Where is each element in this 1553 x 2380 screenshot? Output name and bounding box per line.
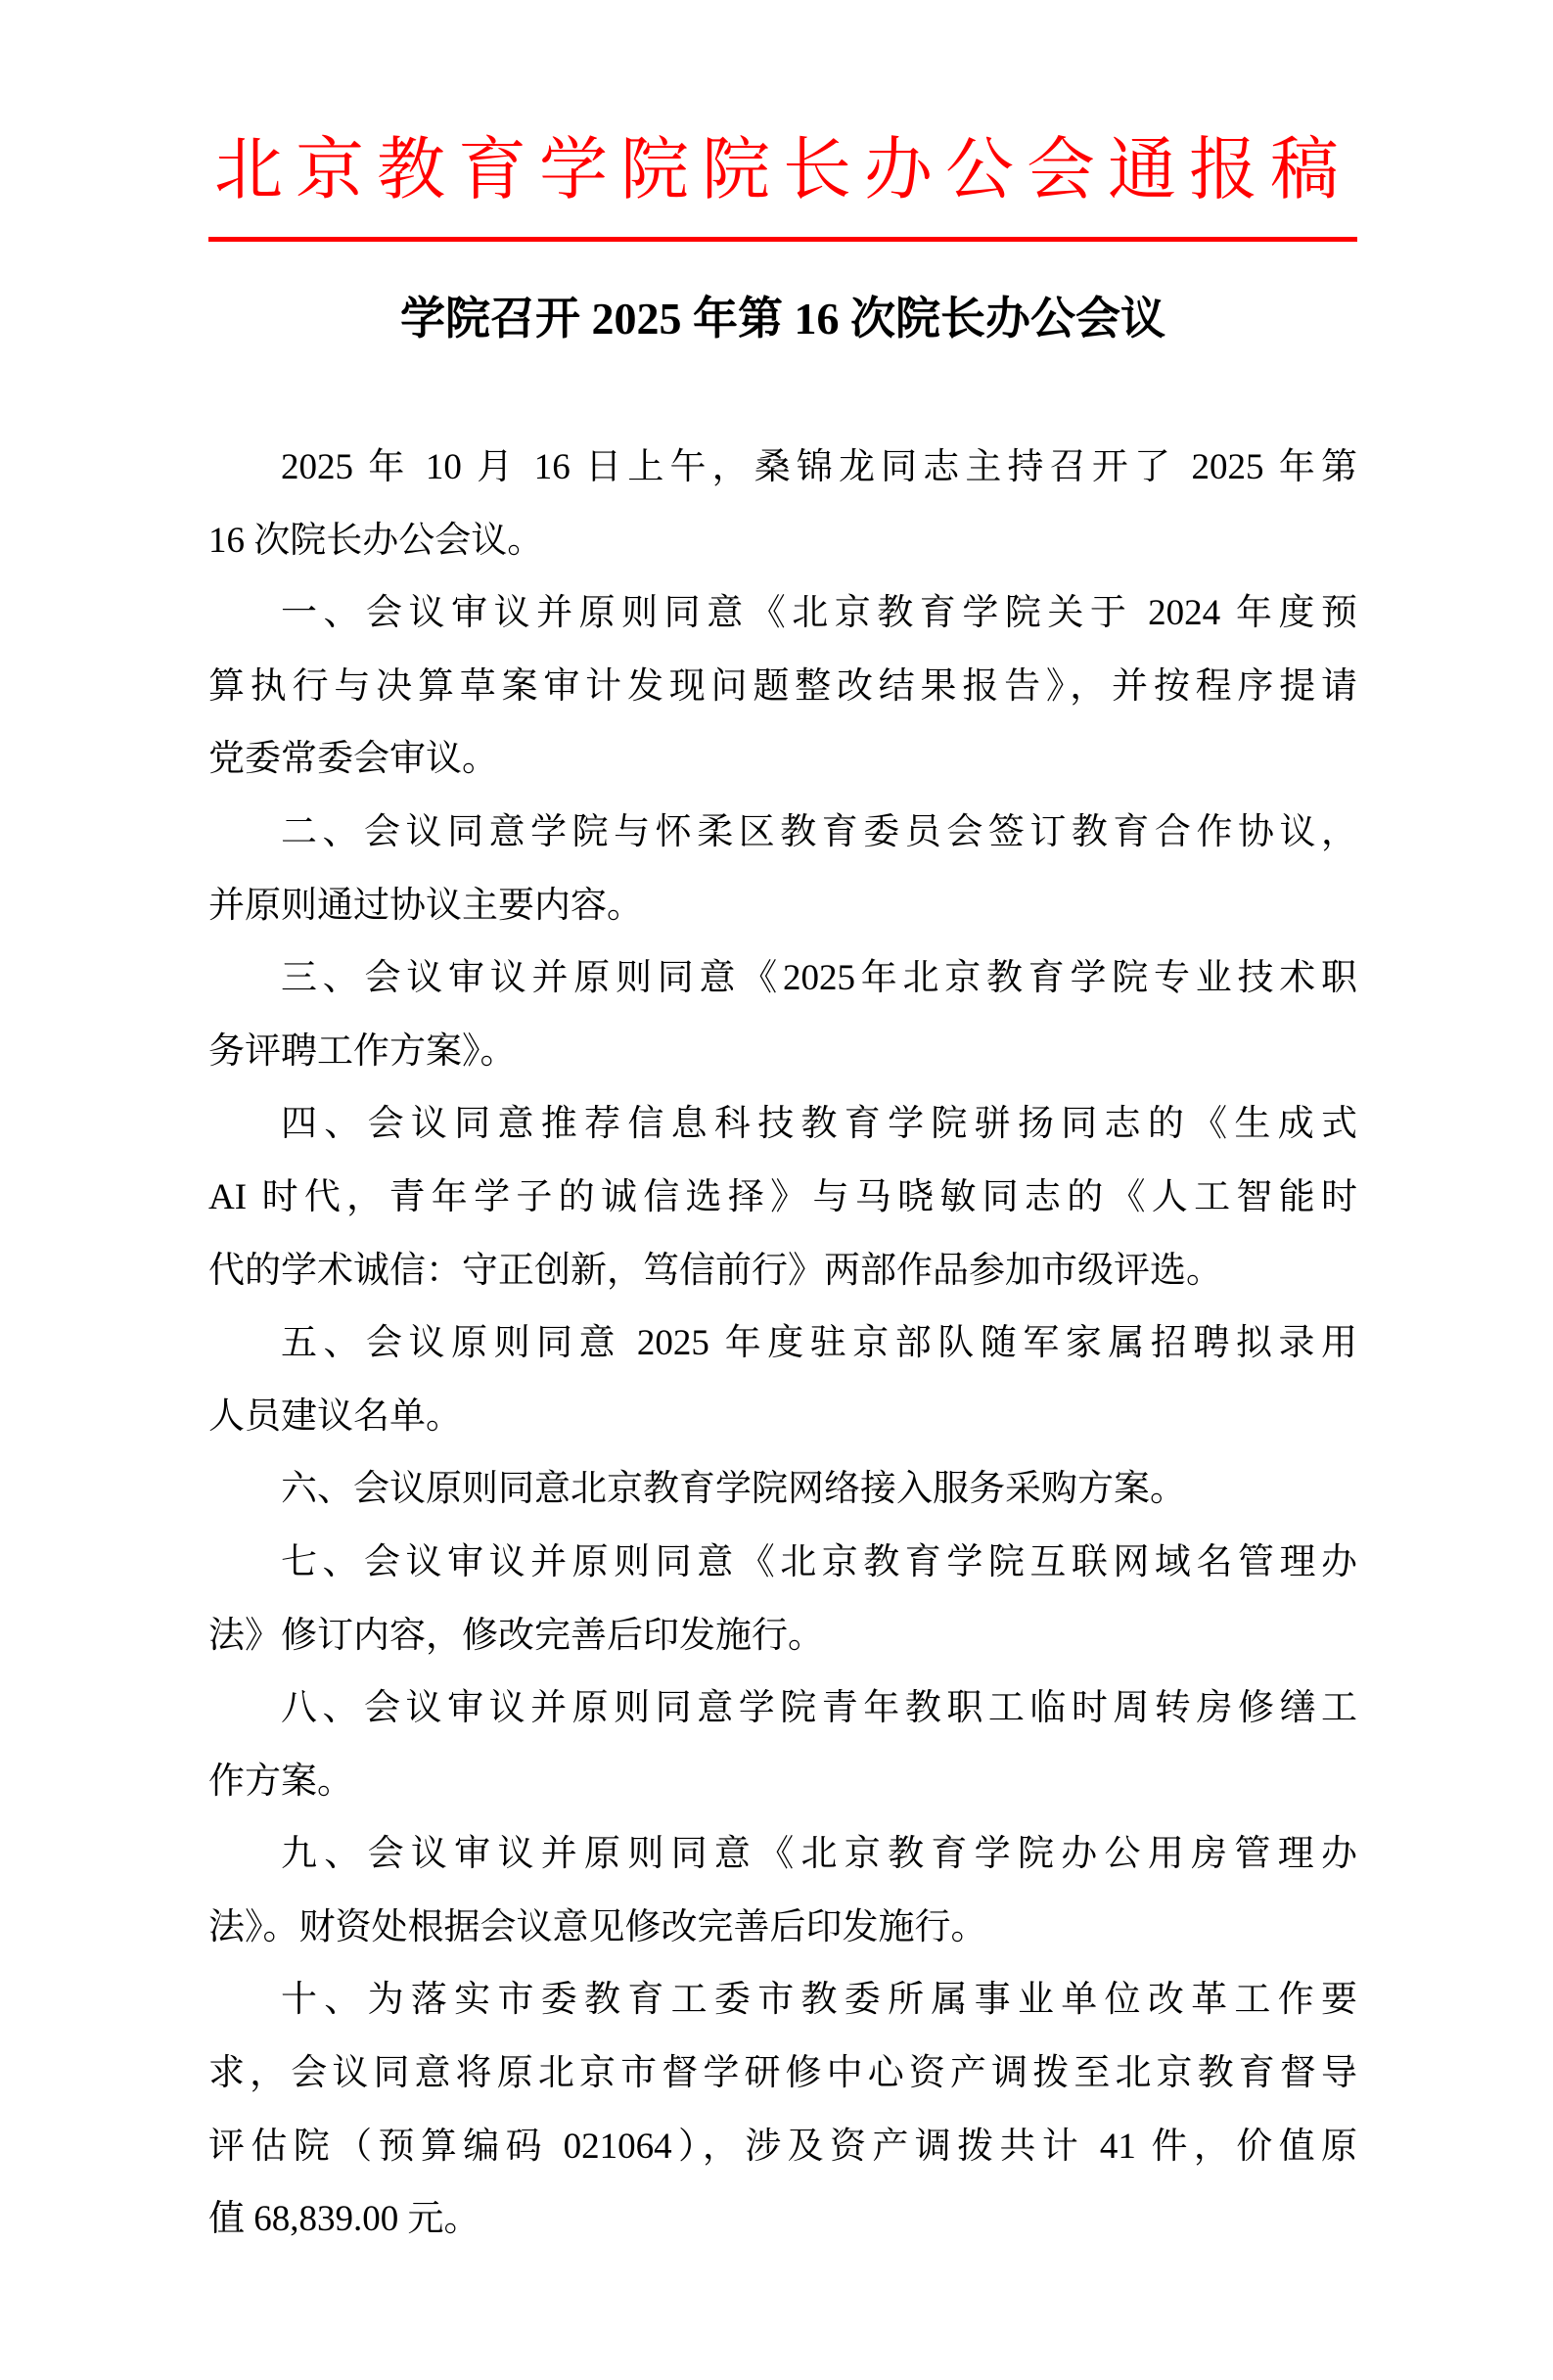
- body-text-line: 代的学术诚信：守正创新，笃信前行》两部作品参加市级评选。: [208, 1246, 1357, 1319]
- body-text-line: 2025 年 10 月 16 日上午，桑锦龙同志主持召开了 2025 年第: [208, 442, 1357, 516]
- body-text-line: 三、会议审议并原则同意《2025年北京教育学院专业技术职: [208, 953, 1357, 1027]
- body-text-line: 评估院（预算编码 021064），涉及资产调拨共计 41 件，价值原: [208, 2122, 1357, 2195]
- body-text-line: 人员建议名单。: [208, 1392, 1357, 1465]
- body-text-line: 算执行与决算草案审计发现问题整改结果报告》，并按程序提请: [208, 662, 1357, 735]
- body-text-line: 二、会议同意学院与怀柔区教育委员会签订教育合作协议，: [208, 807, 1357, 881]
- body-text-line: 作方案。: [208, 1757, 1357, 1830]
- body-text-line: 求，会议同意将原北京市督学研修中心资产调拨至北京教育督导: [208, 2048, 1357, 2122]
- body-text-line: 党委常委会审议。: [208, 734, 1357, 807]
- body-text-line: 务评聘工作方案》。: [208, 1027, 1357, 1100]
- body-text-line: 五、会议原则同意 2025 年度驻京部队随军家属招聘拟录用: [208, 1318, 1357, 1392]
- body-text-line: 九、会议审议并原则同意《北京教育学院办公用房管理办: [208, 1829, 1357, 1902]
- article-title: 学院召开 2025 年第 16 次院长办公会议: [208, 290, 1357, 348]
- body-text-line: 16 次院长办公会议。: [208, 516, 1357, 589]
- body-text-line: 八、会议审议并原则同意学院青年教职工临时周转房修缮工: [208, 1683, 1357, 1757]
- body-text-line: 法》。财资处根据会议意见修改完善后印发施行。: [208, 1902, 1357, 1976]
- document-page: 北京教育学院院长办公会通报稿 学院召开 2025 年第 16 次院长办公会议 2…: [0, 0, 1553, 2380]
- body-text-line: AI 时代，青年学子的诚信选择》与马晓敏同志的《人工智能时: [208, 1172, 1357, 1246]
- body-text-line: 六、会议原则同意北京教育学院网络接入服务采购方案。: [208, 1464, 1357, 1537]
- red-divider-rule: [208, 237, 1357, 242]
- body-text-line: 一、会议审议并原则同意《北京教育学院关于 2024 年度预: [208, 588, 1357, 662]
- masthead-title: 北京教育学院院长办公会通报稿: [208, 125, 1357, 213]
- body-text-line: 值 68,839.00 元。: [208, 2194, 1357, 2267]
- body-text-line: 七、会议审议并原则同意《北京教育学院互联网域名管理办: [208, 1537, 1357, 1611]
- body-text-line: 并原则通过协议主要内容。: [208, 881, 1357, 954]
- body-text-line: 四、会议同意推荐信息科技教育学院骈扬同志的《生成式: [208, 1099, 1357, 1172]
- body-text-line: 法》修订内容，修改完善后印发施行。: [208, 1611, 1357, 1684]
- body-text-line: 十、为落实市委教育工委市教委所属事业单位改革工作要: [208, 1975, 1357, 2048]
- article-body: 2025 年 10 月 16 日上午，桑锦龙同志主持召开了 2025 年第16 …: [208, 442, 1357, 2267]
